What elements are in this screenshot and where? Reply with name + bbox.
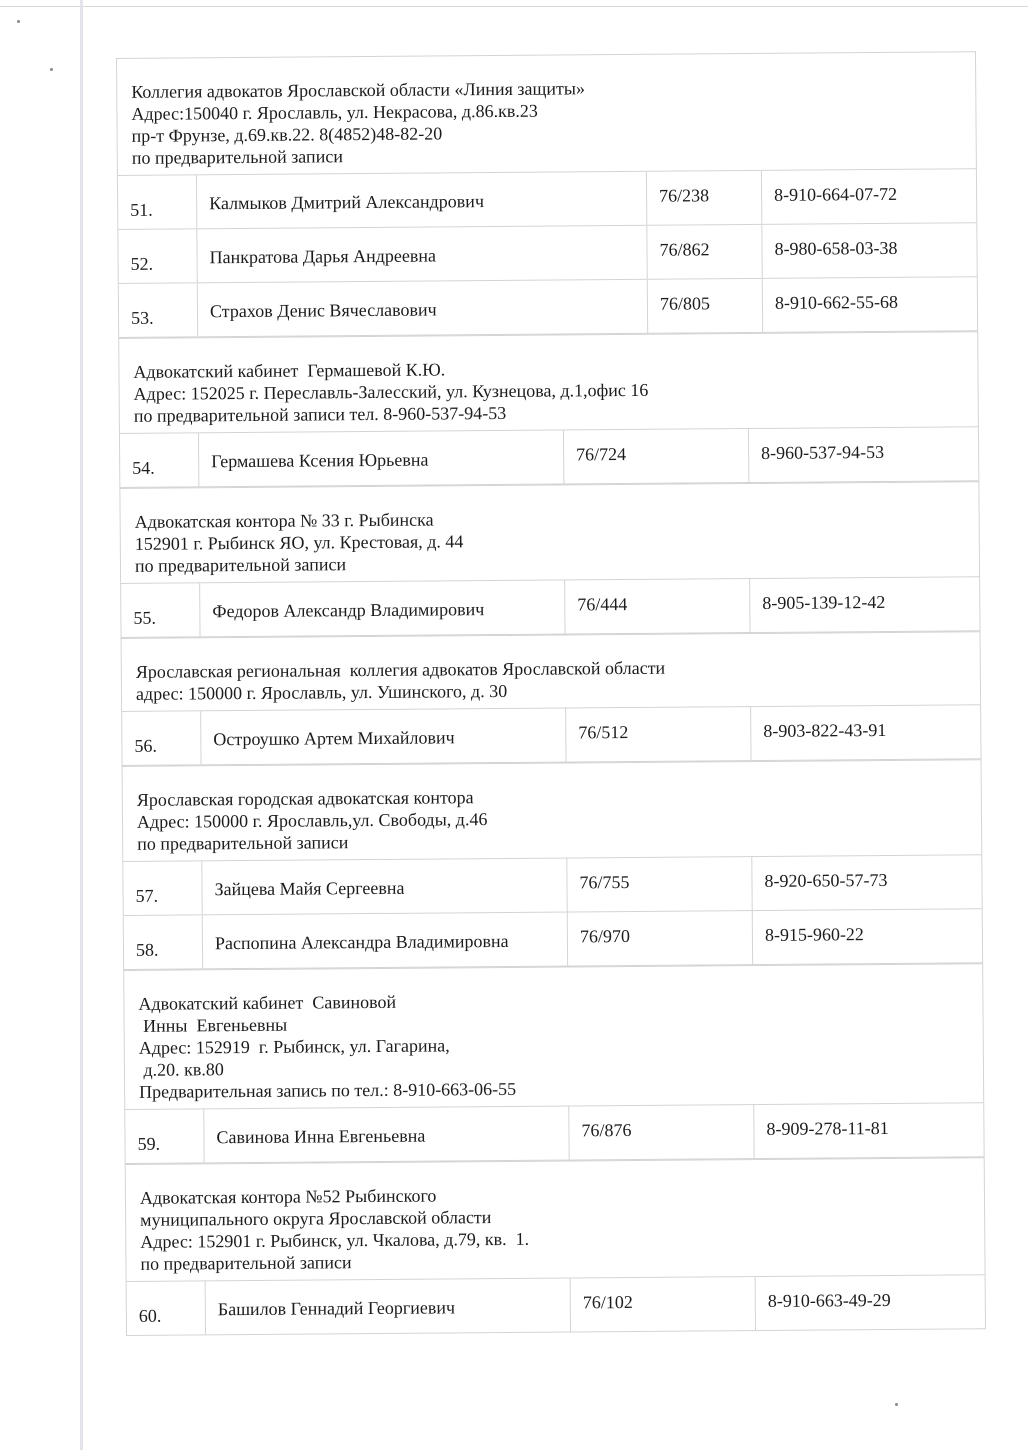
organization-header: Адвокатская контора №52 Рыбинскогомуници… xyxy=(126,1158,985,1282)
registry-number: 76/876 xyxy=(569,1105,754,1159)
organization-section: Ярославская региональная коллегия адвока… xyxy=(121,631,982,766)
lawyer-row: 57.Зайцева Майя Сергеевна76/7558-920-650… xyxy=(123,855,981,916)
registry-number: 76/755 xyxy=(567,857,752,911)
lawyer-name: Гермашева Ксения Юрьевна xyxy=(199,430,564,486)
registry-number: 76/724 xyxy=(564,429,749,483)
phone-number: 8-903-822-43-91 xyxy=(751,705,980,760)
row-number: 57. xyxy=(123,861,202,915)
organization-section: Адвокатская контора № 33 г. Рыбинска1529… xyxy=(119,481,980,638)
row-number: 52. xyxy=(118,229,197,283)
phone-number: 8-960-537-94-53 xyxy=(749,427,978,482)
organization-section: Адвокатский кабинет Гермашевой К.Ю.Адрес… xyxy=(118,331,979,488)
lawyer-name: Савинова Инна Евгеньевна xyxy=(204,1106,569,1162)
lawyer-row: 55.Федоров Александр Владимирович76/4448… xyxy=(121,577,979,638)
row-number: 54. xyxy=(120,433,199,487)
row-number: 53. xyxy=(119,283,198,337)
organization-header: Коллегия адвокатов Ярославской области «… xyxy=(117,52,976,176)
organization-section: Ярославская городская адвокатская контор… xyxy=(122,759,984,970)
registry-number: 76/862 xyxy=(647,225,762,279)
lawyer-row: 53.Страхов Денис Вячеславович76/8058-910… xyxy=(119,277,977,338)
lawyer-row: 56.Остроушко Артем Михайлович76/5128-903… xyxy=(122,705,980,766)
phone-number: 8-920-650-57-73 xyxy=(752,855,981,910)
lawyer-name: Панкратова Дарья Андреевна xyxy=(197,226,647,283)
lawyer-name: Башилов Геннадий Георгиевич xyxy=(206,1278,571,1334)
phone-number: 8-905-139-12-42 xyxy=(750,577,979,632)
registry-number: 76/238 xyxy=(647,171,762,225)
phone-number: 8-980-658-03-38 xyxy=(762,223,976,278)
row-number: 59. xyxy=(125,1109,204,1163)
registry-number: 76/512 xyxy=(566,707,751,761)
row-number: 58. xyxy=(124,915,203,969)
lawyers-table: Коллегия адвокатов Ярославской области «… xyxy=(116,51,986,1336)
scan-speck xyxy=(895,1403,898,1406)
registry-number: 76/970 xyxy=(568,911,753,965)
row-number: 55. xyxy=(121,583,200,637)
row-number: 51. xyxy=(118,175,197,229)
lawyer-row: 59.Савинова Инна Евгеньевна76/8768-909-2… xyxy=(125,1103,983,1164)
phone-number: 8-910-664-07-72 xyxy=(762,169,976,224)
lawyer-name: Остроушко Артем Михайлович xyxy=(201,708,566,764)
organization-section: Адвокатский кабинет Савиновой Инны Евген… xyxy=(123,963,984,1164)
row-number: 56. xyxy=(122,711,201,765)
organization-header: Ярославская городская адвокатская контор… xyxy=(123,760,982,862)
organization-section: Коллегия адвокатов Ярославской области «… xyxy=(116,51,978,338)
organization-header: Адвокатская контора № 33 г. Рыбинска1529… xyxy=(120,482,979,584)
registry-number: 76/444 xyxy=(565,579,750,633)
lawyer-row: 58.Распопина Александра Владимировна76/9… xyxy=(124,909,982,970)
registry-number: 76/102 xyxy=(571,1277,756,1331)
lawyer-name: Зайцева Майя Сергеевна xyxy=(202,858,567,914)
lawyer-name: Федоров Александр Владимирович xyxy=(200,580,565,636)
scan-fold-line xyxy=(80,0,83,1450)
organization-section: Адвокатская контора №52 Рыбинскогомуници… xyxy=(125,1157,986,1336)
lawyer-row: 51.Калмыков Дмитрий Александрович76/2388… xyxy=(118,169,976,230)
lawyer-row: 60.Башилов Геннадий Георгиевич76/1028-91… xyxy=(127,1275,985,1336)
scan-speck xyxy=(17,20,20,23)
phone-number: 8-910-662-55-68 xyxy=(763,277,977,332)
lawyer-row: 54.Гермашева Ксения Юрьевна76/7248-960-5… xyxy=(120,427,978,488)
phone-number: 8-909-278-11-81 xyxy=(754,1103,983,1158)
scan-speck xyxy=(50,68,53,71)
organization-header: Адвокатский кабинет Савиновой Инны Евген… xyxy=(124,964,983,1110)
scan-top-edge xyxy=(0,6,1028,7)
phone-number: 8-915-960-22 xyxy=(753,909,982,964)
lawyer-name: Страхов Денис Вячеславович xyxy=(198,280,648,337)
lawyer-name: Калмыков Дмитрий Александрович xyxy=(197,172,647,229)
organization-header: Адвокатский кабинет Гермашевой К.Ю.Адрес… xyxy=(119,332,978,434)
organization-header: Ярославская региональная коллегия адвока… xyxy=(122,632,981,712)
row-number: 60. xyxy=(127,1281,206,1335)
lawyer-row: 52.Панкратова Дарья Андреевна76/8628-980… xyxy=(118,223,976,284)
registry-number: 76/805 xyxy=(648,279,763,333)
phone-number: 8-910-663-49-29 xyxy=(756,1275,985,1330)
lawyer-name: Распопина Александра Владимировна xyxy=(203,912,568,968)
